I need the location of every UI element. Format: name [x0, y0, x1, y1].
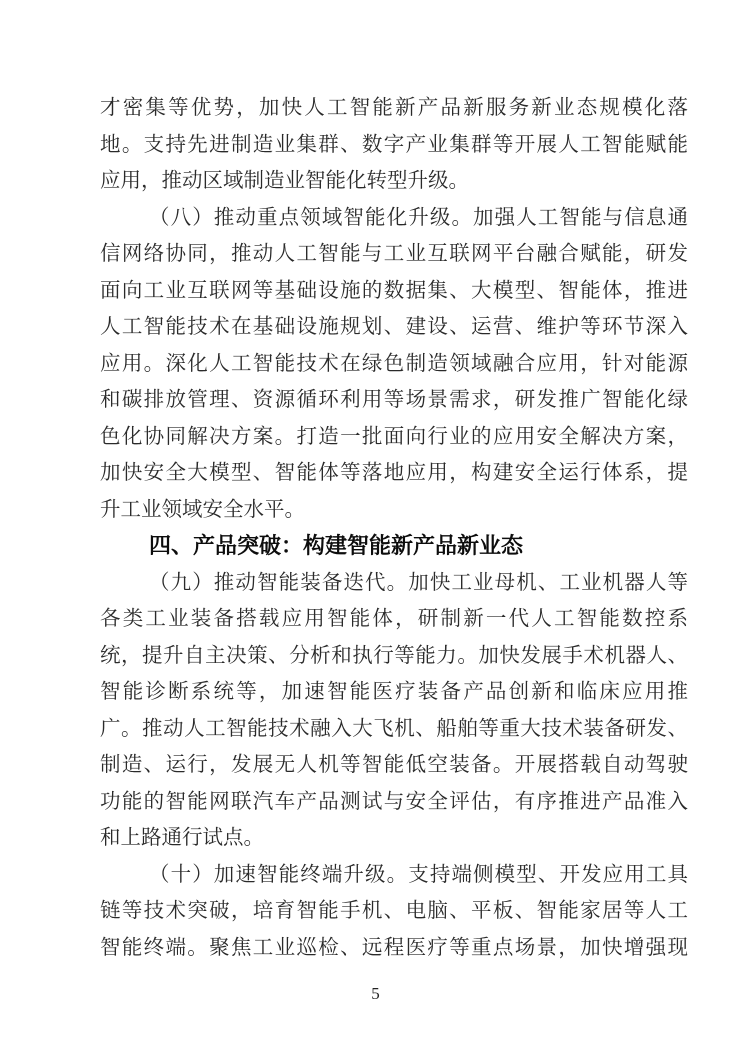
page-footer: 5 — [0, 984, 751, 1004]
text-line: 信网络协同，推动人工智能与工业互联网平台融合赋能，研发 — [100, 236, 688, 273]
section-heading: 四、产品突破：构建智能新产品新业态 — [100, 528, 688, 565]
text-line: 制造、运行，发展无人机等智能低空装备。开展搭载自动驾驶 — [100, 747, 688, 784]
text-line: 色化协同解决方案。打造一批面向行业的应用安全解决方案， — [100, 419, 688, 456]
document-page: 才密集等优势，加快人工智能新产品新服务新业态规模化落地。支持先进制造业集群、数字… — [0, 0, 751, 1059]
text-line: 应用。深化人工智能技术在绿色制造领域融合应用，针对能源 — [100, 346, 688, 383]
text-line: 面向工业互联网等基础设施的数据集、大模型、智能体，推进 — [100, 273, 688, 310]
page-number: 5 — [371, 984, 380, 1003]
text-line: 链等技术突破，培育智能手机、电脑、平板、智能家居等人工 — [100, 893, 688, 930]
text-line: 统，提升自主决策、分析和执行等能力。加快发展手术机器人、 — [100, 638, 688, 675]
text-line: 升工业领域安全水平。 — [100, 492, 688, 529]
text-line: （九）推动智能装备迭代。加快工业母机、工业机器人等 — [100, 565, 688, 602]
document-body: 才密集等优势，加快人工智能新产品新服务新业态规模化落地。支持先进制造业集群、数字… — [100, 90, 688, 966]
text-line: 各类工业装备搭载应用智能体，研制新一代人工智能数控系 — [100, 601, 688, 638]
text-line: 加快安全大模型、智能体等落地应用，构建安全运行体系，提 — [100, 455, 688, 492]
text-line: （八）推动重点领域智能化升级。加强人工智能与信息通 — [100, 200, 688, 237]
text-line: （十）加速智能终端升级。支持端侧模型、开发应用工具 — [100, 857, 688, 894]
text-line: 和上路通行试点。 — [100, 820, 688, 857]
text-line: 人工智能技术在基础设施规划、建设、运营、维护等环节深入 — [100, 309, 688, 346]
text-line: 智能终端。聚焦工业巡检、远程医疗等重点场景，加快增强现 — [100, 930, 688, 967]
text-line: 功能的智能网联汽车产品测试与安全评估，有序推进产品准入 — [100, 784, 688, 821]
text-line: 地。支持先进制造业集群、数字产业集群等开展人工智能赋能 — [100, 127, 688, 164]
text-line: 智能诊断系统等，加速智能医疗装备产品创新和临床应用推 — [100, 674, 688, 711]
text-line: 才密集等优势，加快人工智能新产品新服务新业态规模化落 — [100, 90, 688, 127]
text-line: 和碳排放管理、资源循环利用等场景需求，研发推广智能化绿 — [100, 382, 688, 419]
text-line: 应用，推动区域制造业智能化转型升级。 — [100, 163, 688, 200]
text-line: 广。推动人工智能技术融入大飞机、船舶等重大技术装备研发、 — [100, 711, 688, 748]
